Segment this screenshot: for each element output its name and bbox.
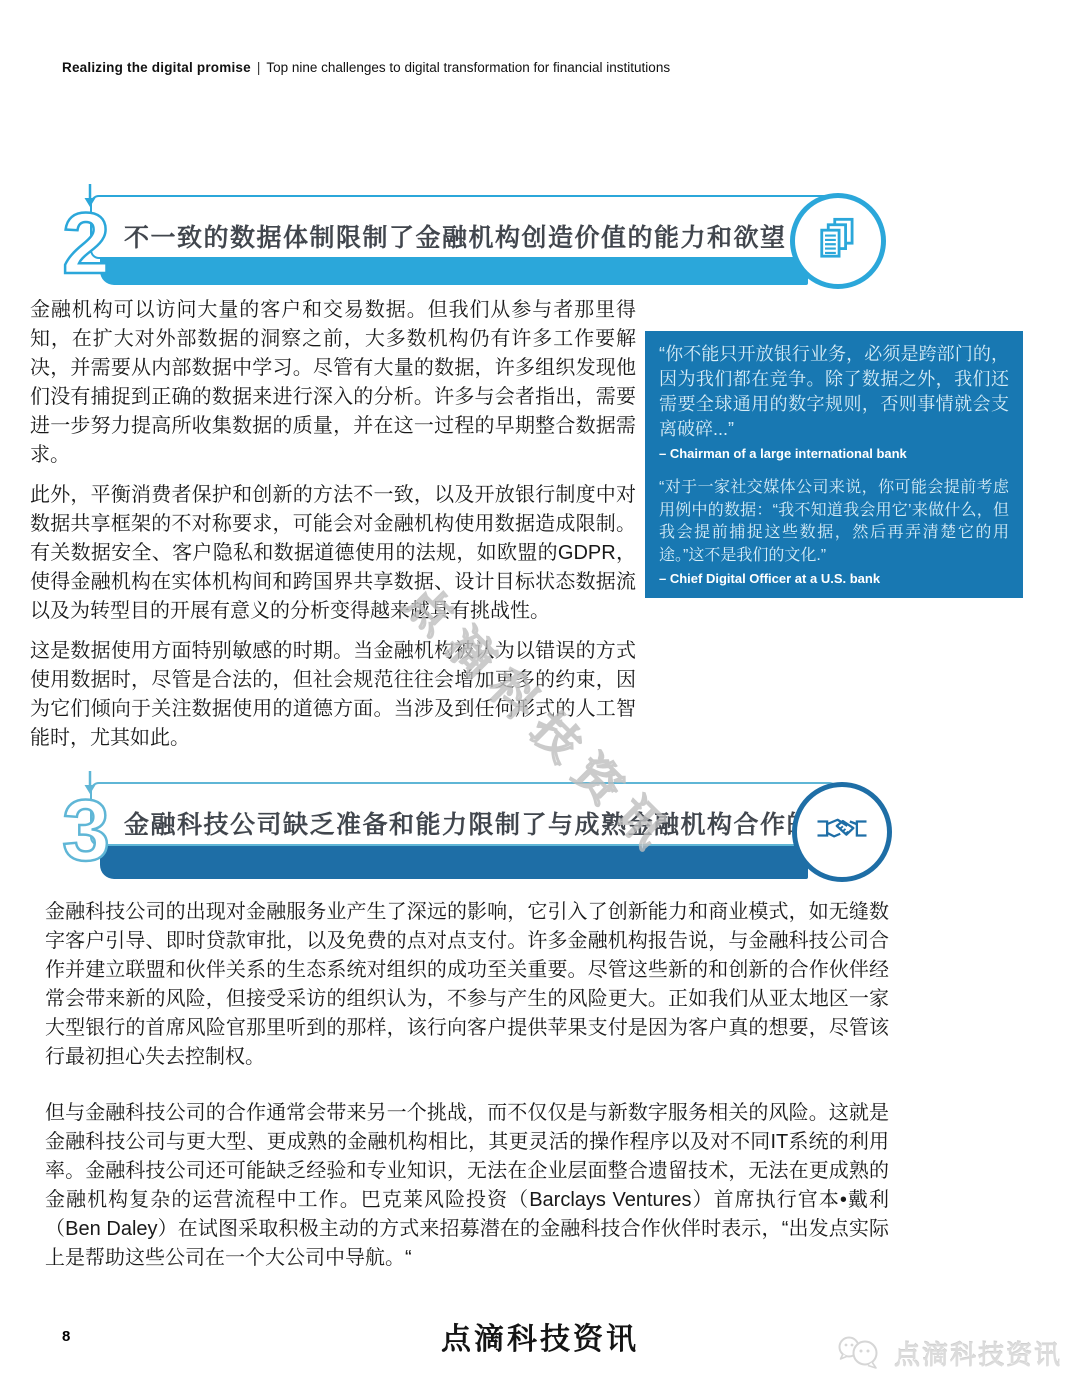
- header-title-bold: Realizing the digital promise: [62, 60, 251, 75]
- documents-icon: [790, 193, 886, 289]
- section-number: 3: [56, 784, 116, 876]
- banner-ribbon: [100, 257, 808, 285]
- quote-text: “你不能只开放银行业务，必须是跨部门的，因为我们都在竞争。除了数据之外，我们还需…: [659, 342, 1009, 442]
- paragraph: 金融机构可以访问大量的客户和交易数据。但我们从参与者那里得知，在扩大对外部数据的…: [30, 296, 636, 470]
- quote-text: “对于一家社交媒体公司来说，你可能会提前考虑用例中的数据：“我不知道我会用它’来…: [659, 477, 1009, 567]
- section-number: 2: [56, 197, 116, 289]
- brand-watermark: 点滴科技资讯: [834, 1334, 1062, 1372]
- handshake-icon: [792, 782, 892, 882]
- banner-ribbon: [100, 846, 808, 879]
- section-2-body: 金融机构可以访问大量的客户和交易数据。但我们从参与者那里得知，在扩大对外部数据的…: [30, 296, 636, 764]
- section-2-banner: 2 不一致的数据体制限制了金融机构创造价值的能力和欲望: [56, 185, 904, 303]
- brand-text: 点滴科技资讯: [894, 1335, 1062, 1372]
- header-separator: |: [257, 60, 261, 75]
- paragraph: 金融科技公司的出现对金融服务业产生了深远的影响，它引入了创新能力和商业模式，如无…: [45, 898, 889, 1072]
- header-title-rest: Top nine challenges to digital transform…: [266, 60, 670, 75]
- paragraph: 但与金融科技公司的合作通常会带来另一个挑战，而不仅仅是与新数字服务相关的风险。这…: [45, 1099, 889, 1273]
- section-title: 金融科技公司缺乏准备和能力限制了与成熟金融机构合作的能力: [124, 805, 866, 841]
- quote-spacer: [659, 461, 1009, 477]
- svg-text:2: 2: [62, 197, 110, 289]
- svg-text:3: 3: [62, 784, 110, 876]
- section-title: 不一致的数据体制限制了金融机构创造价值的能力和欲望: [124, 218, 787, 254]
- paragraph: 这是数据使用方面特别敏感的时期。当金融机构被认为以错误的方式使用数据时，尽管是合…: [30, 637, 636, 753]
- chat-bubbles-icon: [834, 1334, 886, 1372]
- quote-attribution: – Chief Digital Officer at a U.S. bank: [659, 571, 1009, 586]
- section-3-body: 金融科技公司的出现对金融服务业产生了深远的影响，它引入了创新能力和商业模式，如无…: [45, 898, 889, 1300]
- paragraph: 此外，平衡消费者保护和创新的方法不一致，以及开放银行制度中对数据共享框架的不对称…: [30, 481, 636, 626]
- pull-quote-box: “你不能只开放银行业务，必须是跨部门的，因为我们都在竞争。除了数据之外，我们还需…: [645, 331, 1023, 598]
- running-header: Realizing the digital promise|Top nine c…: [62, 60, 670, 75]
- document-page: { "header": { "title_bold": "Realizing t…: [0, 0, 1080, 1397]
- section-3-banner: 3 金融科技公司缺乏准备和能力限制了与成熟金融机构合作的能力: [56, 772, 904, 890]
- quote-attribution: – Chairman of a large international bank: [659, 446, 1009, 461]
